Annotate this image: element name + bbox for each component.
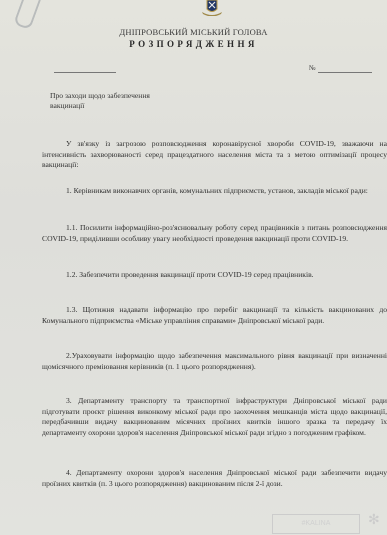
paragraph-text: 1.1. Посилити інформаційно-роз'яснювальн… — [42, 223, 387, 243]
paragraph-2: 2.Ураховувати інформацію щодо забезпечен… — [42, 351, 387, 372]
paragraph-1-2: 1.2. Забезпечити проведення вакцинації п… — [42, 270, 387, 281]
paragraph-1: 1. Керівникам виконавчих органів, комуна… — [42, 186, 387, 197]
paragraph-text: 4. Департаменту охорони здоров'я населен… — [42, 468, 387, 488]
paperclip-icon — [13, 0, 41, 30]
subject-line: Про заходи щодо забезпечення — [50, 91, 150, 101]
subject-line: вакцинації — [50, 101, 150, 111]
paragraph-preamble: У зв'язку із загрозою розповсюдження кор… — [42, 139, 387, 171]
number-blank-line — [318, 72, 372, 73]
paragraph-text: 1.3. Щотижня надавати інформацію про пер… — [42, 305, 387, 325]
document-page: ДНІПРОВСЬКИЙ МІСЬКИЙ ГОЛОВА РОЗПОРЯДЖЕНН… — [0, 0, 387, 535]
snowflake-icon: ✻ — [368, 512, 380, 529]
watermark-stamp: #KALINA — [272, 514, 360, 534]
document-type-title: РОЗПОРЯДЖЕННЯ — [0, 39, 387, 49]
paragraph-text: У зв'язку із загрозою розповсюдження кор… — [42, 139, 387, 169]
issuing-authority: ДНІПРОВСЬКИЙ МІСЬКИЙ ГОЛОВА — [0, 27, 387, 37]
paragraph-1-1: 1.1. Посилити інформаційно-роз'яснювальн… — [42, 223, 387, 244]
paragraph-text: 1. Керівникам виконавчих органів, комуна… — [66, 186, 368, 195]
number-label: № — [309, 64, 316, 72]
document-subject: Про заходи щодо забезпечення вакцинації — [50, 91, 150, 111]
paragraph-text: 3. Департаменту транспорту та транспортн… — [42, 396, 387, 437]
paragraph-3: 3. Департаменту транспорту та транспортн… — [42, 396, 387, 438]
paragraph-text: 1.2. Забезпечити проведення вакцинації п… — [66, 270, 314, 279]
date-blank-line — [54, 72, 116, 73]
coat-of-arms-icon — [200, 0, 224, 16]
paragraph-4: 4. Департаменту охорони здоров'я населен… — [42, 468, 387, 489]
paragraph-text: 2.Ураховувати інформацію щодо забезпечен… — [42, 351, 387, 371]
paragraph-1-3: 1.3. Щотижня надавати інформацію про пер… — [42, 305, 387, 326]
